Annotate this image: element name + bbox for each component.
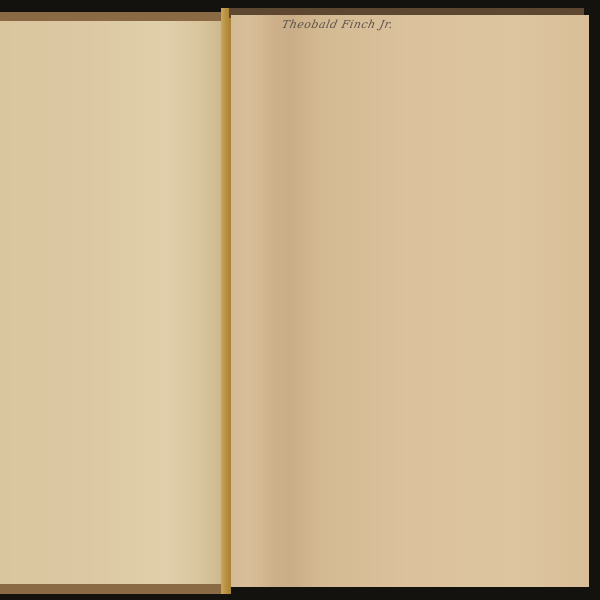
book-spine	[221, 8, 231, 594]
handwritten-inscription: Theobald Finch Jr.	[281, 18, 395, 31]
right-page	[231, 15, 589, 587]
left-page	[0, 21, 221, 584]
